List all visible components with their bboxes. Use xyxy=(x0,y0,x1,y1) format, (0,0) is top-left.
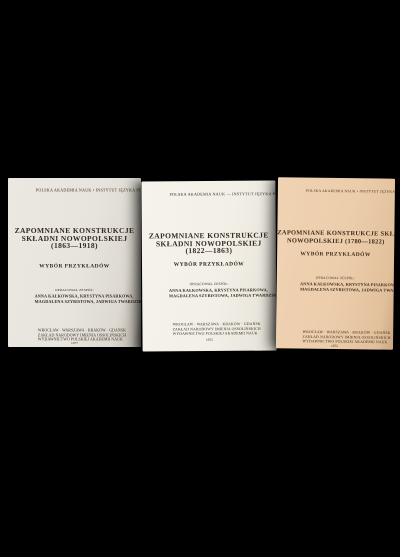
publication-year: 1977 xyxy=(41,341,108,345)
imprint-publisher2: WYDAWNICTWO POLSKIEJ AKADEMII NAUK xyxy=(173,331,247,336)
book-title-page-left: POLSKA AKADEMIA NAUK • INSTYTUT JĘZYKA P… xyxy=(8,178,141,347)
authors-line: MAGDALENA SZYBISTOWA, JADWIGA TWARDZIKOW… xyxy=(169,293,249,299)
book-title-years: NOWOPOLSKIEJ (1780—1822) xyxy=(277,237,394,247)
book-title-years: (1863—1918) xyxy=(8,242,141,250)
publisher-header: POLSKA AKADEMIA NAUK — INSTYTUT JĘZYKA P… xyxy=(170,192,248,197)
authors-line: MAGDALENA SZYBISTOWA, JADWIGA TWARDZIKOW… xyxy=(300,287,370,293)
publisher-header: POLSKA AKADEMIA NAUK • INSTYTUT JĘZYKA P… xyxy=(36,188,113,193)
book-subtitle: WYBÓR PRZYKŁADÓW xyxy=(23,263,127,269)
book-subtitle: WYBÓR PRZYKŁADÓW xyxy=(290,250,381,257)
book-subtitle: WYBÓR PRZYKŁADÓW xyxy=(157,261,262,268)
book-title: ZAPOMNIANE KONSTRUKCJE SKŁADNI NOWOPOLSK… xyxy=(8,227,141,250)
authors-line: MAGDALENA SZYBISTOWA, JADWIGA TWARDZIKOW… xyxy=(35,299,115,304)
publisher-header: POLSKA AKADEMIA NAUK • INSTYTUT JĘZYKA P… xyxy=(306,189,367,194)
prepared-by-label: OPRACOWAŁ ZESPÓŁ: xyxy=(306,276,365,281)
book-title: ZAPOMNIANE KONSTRUKCJE SKŁADNI NOWOPOLSK… xyxy=(142,232,276,256)
authors-block: ANNA KAŁKOWSKA, KRYSTYNA PISARKOWA, MAGD… xyxy=(300,282,370,294)
publication-year: 1972 xyxy=(305,344,364,349)
prepared-by-label: OPRACOWAŁ ZESPÓŁ: xyxy=(41,288,108,292)
prepared-by-label: OPRACOWAŁ ZESPÓŁ: xyxy=(176,282,243,286)
imprint-block: WROCŁAW · WARSZAWA · KRAKÓW · GDAŃSK ZAK… xyxy=(173,322,247,337)
book-title-page-middle: POLSKA AKADEMIA NAUK — INSTYTUT JĘZYKA P… xyxy=(141,181,276,352)
imprint-block: WROCŁAW · WARSZAWA · KRAKÓW · GDAŃSK ZAK… xyxy=(302,330,367,345)
authors-block: ANNA KAŁKOWSKA, KRYSTYNA PISARKOWA, MAGD… xyxy=(35,294,115,305)
authors-block: ANNA KAŁKOWSKA, KRYSTYNA PISARKOWA, MAGD… xyxy=(169,288,249,299)
photo-of-three-title-pages: POLSKA AKADEMIA NAUK • INSTYTUT JĘZYKA P… xyxy=(0,0,400,557)
book-title-page-right: POLSKA AKADEMIA NAUK • INSTYTUT JĘZYKA P… xyxy=(276,177,395,349)
publication-year: 1975 xyxy=(176,338,243,342)
book-title: ZAPOMNIANE KONSTRUKCJE SKŁADNI NOWOPOLSK… xyxy=(277,229,394,247)
book-title-years: (1822—1863) xyxy=(142,247,276,256)
